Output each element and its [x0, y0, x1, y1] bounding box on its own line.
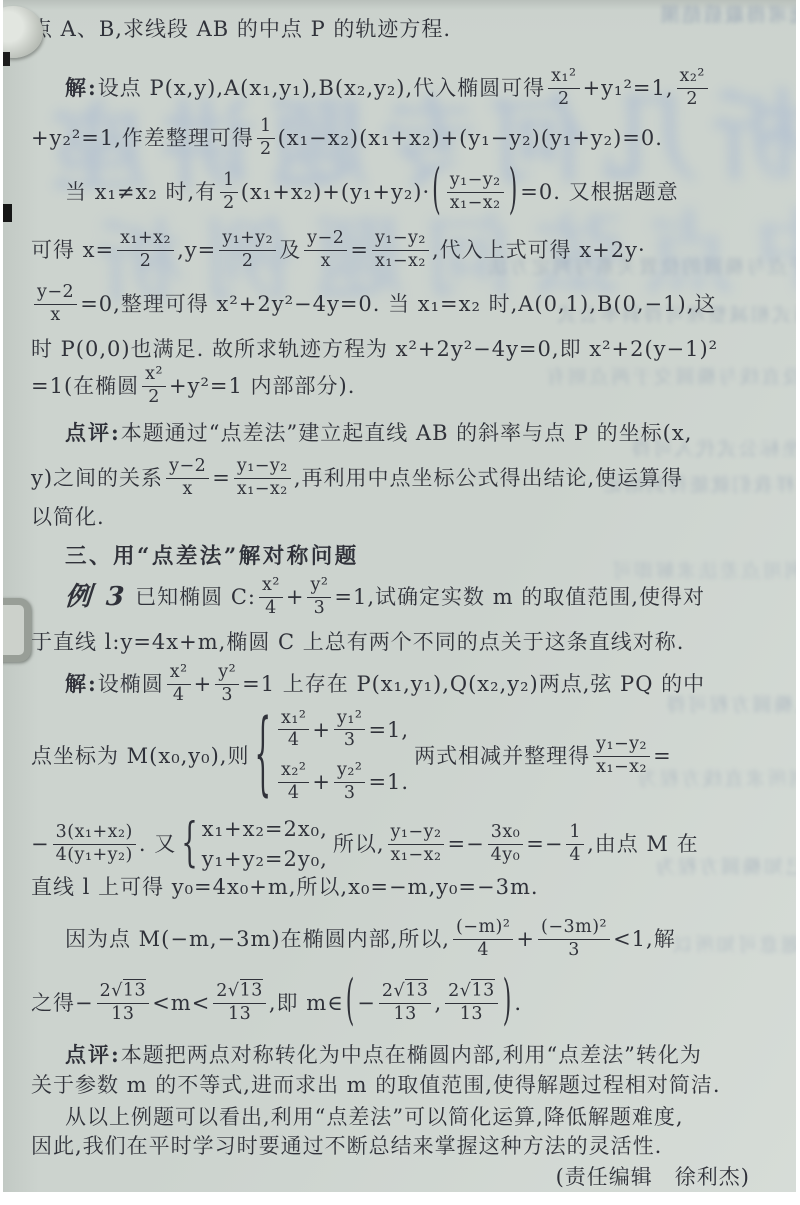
fraction: y−2x: [304, 229, 347, 271]
text-run: 于直线 l:y=4x+m,椭圆 C 上总有两个不同的点关于这条直线对称.: [31, 629, 684, 655]
fraction: 2√1313: [379, 982, 432, 1024]
solution2-line: 点坐标为 M(x₀,y₀),则{x₁²4+y₁²3=1,x₂²4+y₂²3=1.…: [31, 704, 672, 808]
fraction: y₁−y₂x₁−x₂: [447, 171, 504, 213]
text-run: =−: [447, 831, 484, 857]
fraction: 3x₀4y₀: [488, 823, 524, 865]
text-run: 点坐标为 M(x₀,y₀),则: [31, 743, 249, 769]
solution1-line: +y₂²=1,作差整理可得12(x₁−x₂)(x₁+x₂)+(y₁−y₂)(y₁…: [31, 112, 663, 164]
scan-edge-mark: [3, 204, 12, 222]
text-run: =: [653, 743, 672, 769]
fraction: y₁−y₂x₁−x₂: [372, 229, 429, 271]
text-run: 设点 P(x,y),A(x₁,y₁),B(x₂,y₂),代入椭圆可得: [98, 75, 545, 101]
system-row: y₁+y₂=2y₀,: [202, 846, 328, 872]
text-run: 以简化.: [31, 504, 105, 530]
solution2-line: 因为点 M(−m,−3m)在椭圆内部,所以,(−m)²4+(−3m)²3<1,解: [65, 910, 676, 968]
section3-heading: 三、用“点差法”解对称问题: [65, 542, 359, 572]
system-row: x₁²4+y₁²3=1,: [275, 709, 409, 751]
text-run: 点 A、B,求线段 AB 的中点 P 的轨迹方程.: [31, 16, 451, 42]
fraction: 2√1313: [97, 982, 150, 1024]
text-run: (责任编辑 徐利杰): [556, 1164, 750, 1190]
text-run: 本题把两点对称转化为中点在椭圆内部,利用“点差法”转化为: [121, 1042, 702, 1068]
text-run: =1(在椭圆: [31, 373, 139, 399]
fraction: y₁−y₂x₁−x₂: [593, 735, 650, 777]
fraction: y²3: [215, 663, 239, 705]
scan-edge-mark: [3, 52, 10, 66]
large-paren: ): [503, 969, 513, 1036]
text-run: (x₁+x₂)+(y₁+y₂)·: [241, 179, 430, 205]
text-run: <1,解: [613, 926, 676, 952]
closing-remark-line: 因此,我们在平时学习时要通过不断总结来掌握这种方法的灵活性.: [31, 1131, 662, 1161]
text-run: ,代入上式可得 x+2y·: [432, 237, 646, 263]
system-brace: {: [254, 699, 272, 813]
text-run: 当 x₁≠x₂ 时,有: [65, 179, 217, 205]
system-row: x₂²4+y₂²3=1.: [275, 761, 409, 803]
text-run: =0. 又根据题意: [520, 179, 678, 205]
large-paren: (: [346, 969, 356, 1036]
text-run: =−: [526, 831, 563, 857]
solution1-line: 当 x₁≠x₂ 时,有12(x₁+x₂)+(y₁+y₂)·(y₁−y₂x₁−x₂…: [65, 164, 679, 220]
bold-label: 三、用“点差法”解对称问题: [65, 544, 359, 571]
text-run: ,y=: [177, 237, 216, 263]
comment2-line: 关于参数 m 的不等式,进而求出 m 的取值范围,使得解题过程相对简洁.: [31, 1070, 721, 1100]
text-run: ,再利用中点坐标公式得出结论,使运算得: [294, 465, 683, 491]
bold-label: 解:: [65, 75, 98, 101]
solution2-line: 解:设椭圆x²4+y²3=1 上存在 P(x₁,y₁),Q(x₂,y₂)两点,弦…: [65, 658, 705, 710]
system-row: x₁+x₂=2x₀,: [202, 816, 328, 842]
text-run: x₁+x₂=2x₀,: [202, 816, 328, 842]
text-run: 因为点 M(−m,−3m)在椭圆内部,所以,: [65, 926, 450, 952]
fraction: 2√1313: [445, 982, 498, 1024]
fraction: y₁²3: [334, 709, 365, 751]
fraction: 12: [257, 117, 275, 159]
solution1-line: 可得 x=x₁+x₂2,y=y₁+y₂2 及 y−2x=y₁−y₂x₁−x₂,代…: [31, 222, 646, 278]
text-run: =1,: [368, 717, 409, 743]
bold-label: 例 3: [64, 581, 128, 614]
fraction: x²4: [167, 663, 191, 705]
example3-line: 例 3 已知椭圆 C:x²4+y²3=1,试确定实数 m 的取值范围,使得对: [65, 570, 705, 624]
text-run: 因此,我们在平时学习时要通过不断总结来掌握这种方法的灵活性.: [31, 1133, 662, 1159]
text-run: 已知椭圆 C:: [135, 584, 256, 610]
fraction: y₂²3: [334, 761, 365, 803]
fraction: 12: [220, 171, 238, 213]
text-run: +y²=1 内部部分).: [169, 373, 355, 399]
scanned-textbook-page: { "page": { "bg_color": "#ccd3ce", "text…: [0, 0, 800, 1205]
text-run: −: [357, 990, 376, 1016]
equation-system: {x₁²4+y₁²3=1,x₂²4+y₂²3=1.: [254, 709, 409, 803]
text-run: y₁+y₂=2y₀,: [202, 846, 328, 872]
fraction: y−2x: [166, 457, 209, 499]
fraction: x₂²2: [677, 67, 708, 109]
solution2-line: 直线 l 上可得 y₀=4x₀+m,所以,x₀=−m,y₀=−3m.: [31, 872, 539, 902]
text-run: =: [212, 465, 231, 491]
equation-system: {x₁+x₂=2x₀,y₁+y₂=2y₀,: [181, 816, 328, 873]
text-run: =: [350, 237, 369, 263]
fraction: 3(x₁+x₂)4(y₁+y₂): [53, 823, 136, 865]
text-run: 设椭圆: [98, 671, 164, 697]
solution1-line: y−2x=0,整理可得 x²+2y²−4y=0. 当 x₁=x₂ 时,A(0,1…: [31, 276, 716, 332]
closing-remark-line: 从以上例题可以看出,利用“点差法”可以简化运算,降低解题难度,: [65, 1102, 684, 1132]
fraction: x₁²2: [548, 67, 579, 109]
solution2-line: 之得−2√1313<m<2√1313,即 m∈(−2√1313,2√1313).: [31, 972, 522, 1034]
text-run: <m<: [152, 990, 210, 1016]
fraction: 14: [566, 823, 584, 865]
comment2-line: 点评:本题把两点对称转化为中点在椭圆内部,利用“点差法”转化为: [65, 1040, 702, 1070]
text-run: +: [312, 717, 331, 743]
text-run: =0,整理可得 x²+2y²−4y=0. 当 x₁=x₂ 时,A(0,1),B(…: [80, 291, 716, 317]
bold-label: 点评:: [65, 420, 121, 446]
text-run: =1 上存在 P(x₁,y₁),Q(x₂,y₂)两点,弦 PQ 的中: [242, 671, 705, 697]
text-run: +y₁²=1,: [583, 75, 674, 101]
system-brace: {: [181, 812, 199, 877]
bold-label: 解:: [65, 671, 98, 697]
bleedthrough-ghost-line: 设直线与椭圆交于两点则有: [544, 362, 796, 389]
text-run: 可得 x=: [31, 237, 114, 263]
fraction: x₁+x₂2: [117, 229, 174, 271]
text-run: 直线 l 上可得 y₀=4x₀+m,所以,x₀=−m,y₀=−3m.: [31, 874, 539, 900]
text-run: 及: [279, 237, 301, 263]
text-run: +: [516, 926, 535, 952]
fraction: 2√1313: [213, 982, 266, 1024]
text-run: ,: [434, 990, 442, 1016]
fraction: y₁+y₂2: [219, 229, 276, 271]
page-scan-surface: 解析几何专题讲座 中点弦问题例析 对于点与椭圆的位置关系与判定方法 根据两式相减…: [3, 0, 796, 1192]
fraction: x₂²4: [278, 761, 309, 803]
text-run: +: [194, 671, 213, 697]
text-run: 之得−: [31, 990, 94, 1016]
solution1-line: 解:设点 P(x,y),A(x₁,y₁),B(x₂,y₂),代入椭圆可得x₁²2…: [65, 60, 711, 116]
bleedthrough-ghost-line: 由题意可知所以: [671, 930, 796, 957]
fraction: x²4: [259, 576, 283, 618]
comment1-line: y)之间的关系y−2x=y₁−y₂x₁−x₂,再利用中点坐标公式得出结论,使运算…: [31, 450, 683, 506]
text-run: 本题通过“点差法”建立起直线 AB 的斜率与点 P 的坐标(x,: [121, 420, 693, 446]
text-run: 时 P(0,0)也满足. 故所求轨迹方程为 x²+2y²−4y=0,即 x²+2…: [31, 336, 718, 362]
text-run: 从以上例题可以看出,利用“点差法”可以简化运算,降低解题难度,: [65, 1104, 684, 1130]
solution1-line: =1(在椭圆x²2+y²=1 内部部分).: [31, 360, 355, 412]
solution2-line: −3(x₁+x₂)4(y₁+y₂). 又{x₁+x₂=2x₀,y₁+y₂=2y₀…: [31, 814, 699, 874]
text-run: ,即 m∈: [269, 990, 344, 1016]
text-run: −: [31, 831, 50, 857]
fraction: (−3m)²3: [538, 918, 610, 960]
text-run: (x₁−x₂)(x₁+x₂)+(y₁−y₂)(y₁+y₂)=0.: [278, 125, 663, 151]
fraction: y−2x: [34, 283, 77, 325]
text-run: +: [286, 584, 305, 610]
large-paren: ): [509, 158, 519, 225]
text-run: 关于参数 m 的不等式,进而求出 m 的取值范围,使得解题过程相对简洁.: [31, 1072, 721, 1098]
fraction: x²2: [142, 365, 166, 407]
problem-statement-line: 点 A、B,求线段 AB 的中点 P 的轨迹方程.: [31, 14, 451, 44]
fraction: y₁−y₂x₁−x₂: [388, 823, 445, 865]
text-run: .: [514, 990, 522, 1016]
text-run: =1,试确定实数 m 的取值范围,使得对: [334, 584, 705, 610]
bleedthrough-ghost-line: 由此可得最后结果: [658, 0, 796, 27]
fraction: y²3: [307, 576, 331, 618]
example3-line: 于直线 l:y=4x+m,椭圆 C 上总有两个不同的点关于这条直线对称.: [31, 627, 684, 657]
fraction: (−m)²4: [453, 918, 513, 960]
text-run: 所以,: [333, 831, 385, 857]
text-run: ,由点 M 在: [587, 831, 699, 857]
text-run: y)之间的关系: [31, 465, 163, 491]
fraction: x₁²4: [278, 709, 309, 751]
binder-ring-artifact: [3, 598, 31, 662]
text-run: . 又: [139, 831, 176, 857]
fraction: y₁−y₂x₁−x₂: [234, 457, 291, 499]
comment1-line: 以简化.: [31, 502, 105, 532]
bold-label: 点评:: [65, 1042, 121, 1068]
text-run: =1.: [368, 769, 409, 795]
comment1-line: 点评:本题通过“点差法”建立起直线 AB 的斜率与点 P 的坐标(x,: [65, 418, 692, 448]
text-run: 两式相减并整理得: [414, 743, 590, 769]
large-paren: (: [432, 158, 442, 225]
text-run: +y₂²=1,作差整理可得: [31, 125, 254, 151]
text-run: +: [312, 769, 331, 795]
editor-credit: (责任编辑 徐利杰): [556, 1162, 750, 1192]
